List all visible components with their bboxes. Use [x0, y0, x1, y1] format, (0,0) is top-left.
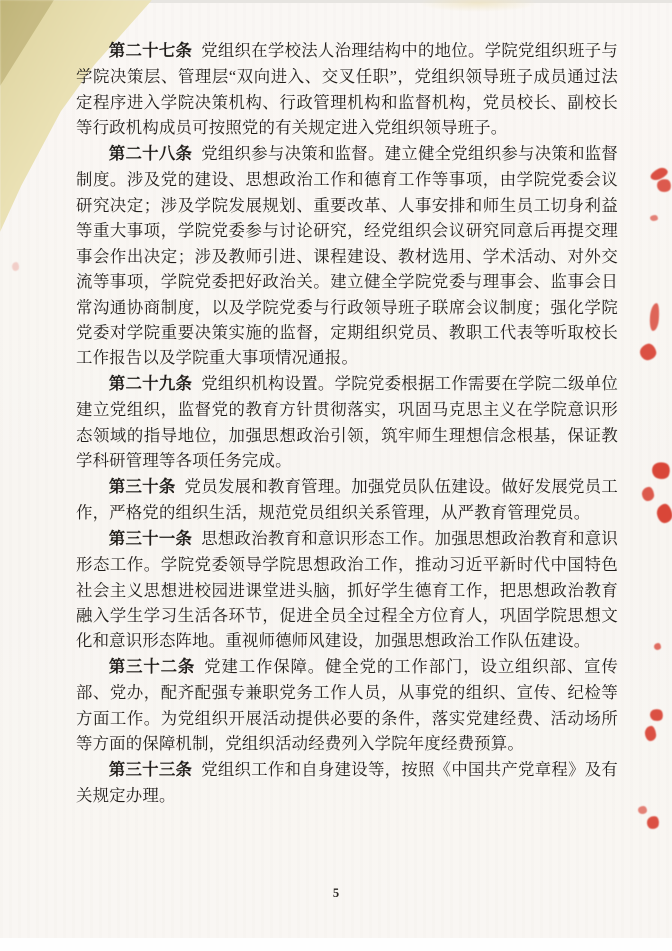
scanned-document-page: 第二十七条党组织在学校法人治理结构中的地位。学院党组织班子与学院决策层、管理层“… — [0, 0, 672, 951]
article-number: 第三十三条 — [109, 761, 192, 779]
red-ink-mark — [650, 215, 658, 221]
paragraph: 第三十一条思想政治教育和意识形态工作。加强思想政治教育和意识形态工作。学院党委领… — [76, 526, 618, 654]
red-ink-mark — [650, 459, 672, 481]
paragraph: 第三十二条党建工作保障。健全党的工作部门，设立组织部、宣传部、党办，配齐配强专兼… — [76, 654, 618, 757]
scan-smudge — [418, 0, 538, 12]
red-ink-mark — [654, 643, 661, 650]
red-ink-mark — [12, 262, 19, 271]
article-number: 第三十二条 — [109, 658, 195, 676]
article-number: 第二十八条 — [109, 145, 192, 163]
red-ink-mark — [638, 342, 658, 362]
article-number: 第二十九条 — [109, 375, 192, 393]
red-ink-mark — [644, 725, 657, 741]
red-ink-mark — [656, 178, 672, 194]
document-body: 第二十七条党组织在学校法人治理结构中的地位。学院党组织班子与学院决策层、管理层“… — [76, 38, 618, 809]
article-text: 党组织参与决策和监督。建立健全党组织参与决策和监督制度。涉及党的建设、思想政治工… — [76, 144, 618, 368]
red-ink-mark — [638, 806, 647, 814]
article-number: 第三十一条 — [109, 530, 192, 548]
article-number: 第三十条 — [109, 478, 176, 496]
red-ink-mark — [649, 708, 665, 723]
red-ink-mark — [641, 487, 654, 502]
red-ink-mark — [646, 815, 660, 830]
paragraph: 第二十八条党组织参与决策和监督。建立健全党组织参与决策和监督制度。涉及党的建设、… — [76, 141, 618, 371]
paragraph: 第二十九条党组织机构设置。学院党委根据工作需要在学院二级单位建立党组织，监督党的… — [76, 371, 618, 474]
paragraph: 第三十条党员发展和教育管理。加强党员队伍建设。做好发展党员工作，严格党的组织生活… — [76, 474, 618, 526]
article-number: 第二十七条 — [109, 42, 192, 60]
red-ink-mark — [655, 503, 672, 524]
paragraph: 第二十七条党组织在学校法人治理结构中的地位。学院党组织班子与学院决策层、管理层“… — [76, 38, 618, 141]
paragraph: 第三十三条党组织工作和自身建设等，按照《中国共产党章程》及有关规定办理。 — [76, 757, 618, 809]
red-ink-mark — [649, 303, 660, 332]
page-number: 5 — [0, 886, 672, 901]
scan-bottom-edge — [0, 938, 672, 951]
